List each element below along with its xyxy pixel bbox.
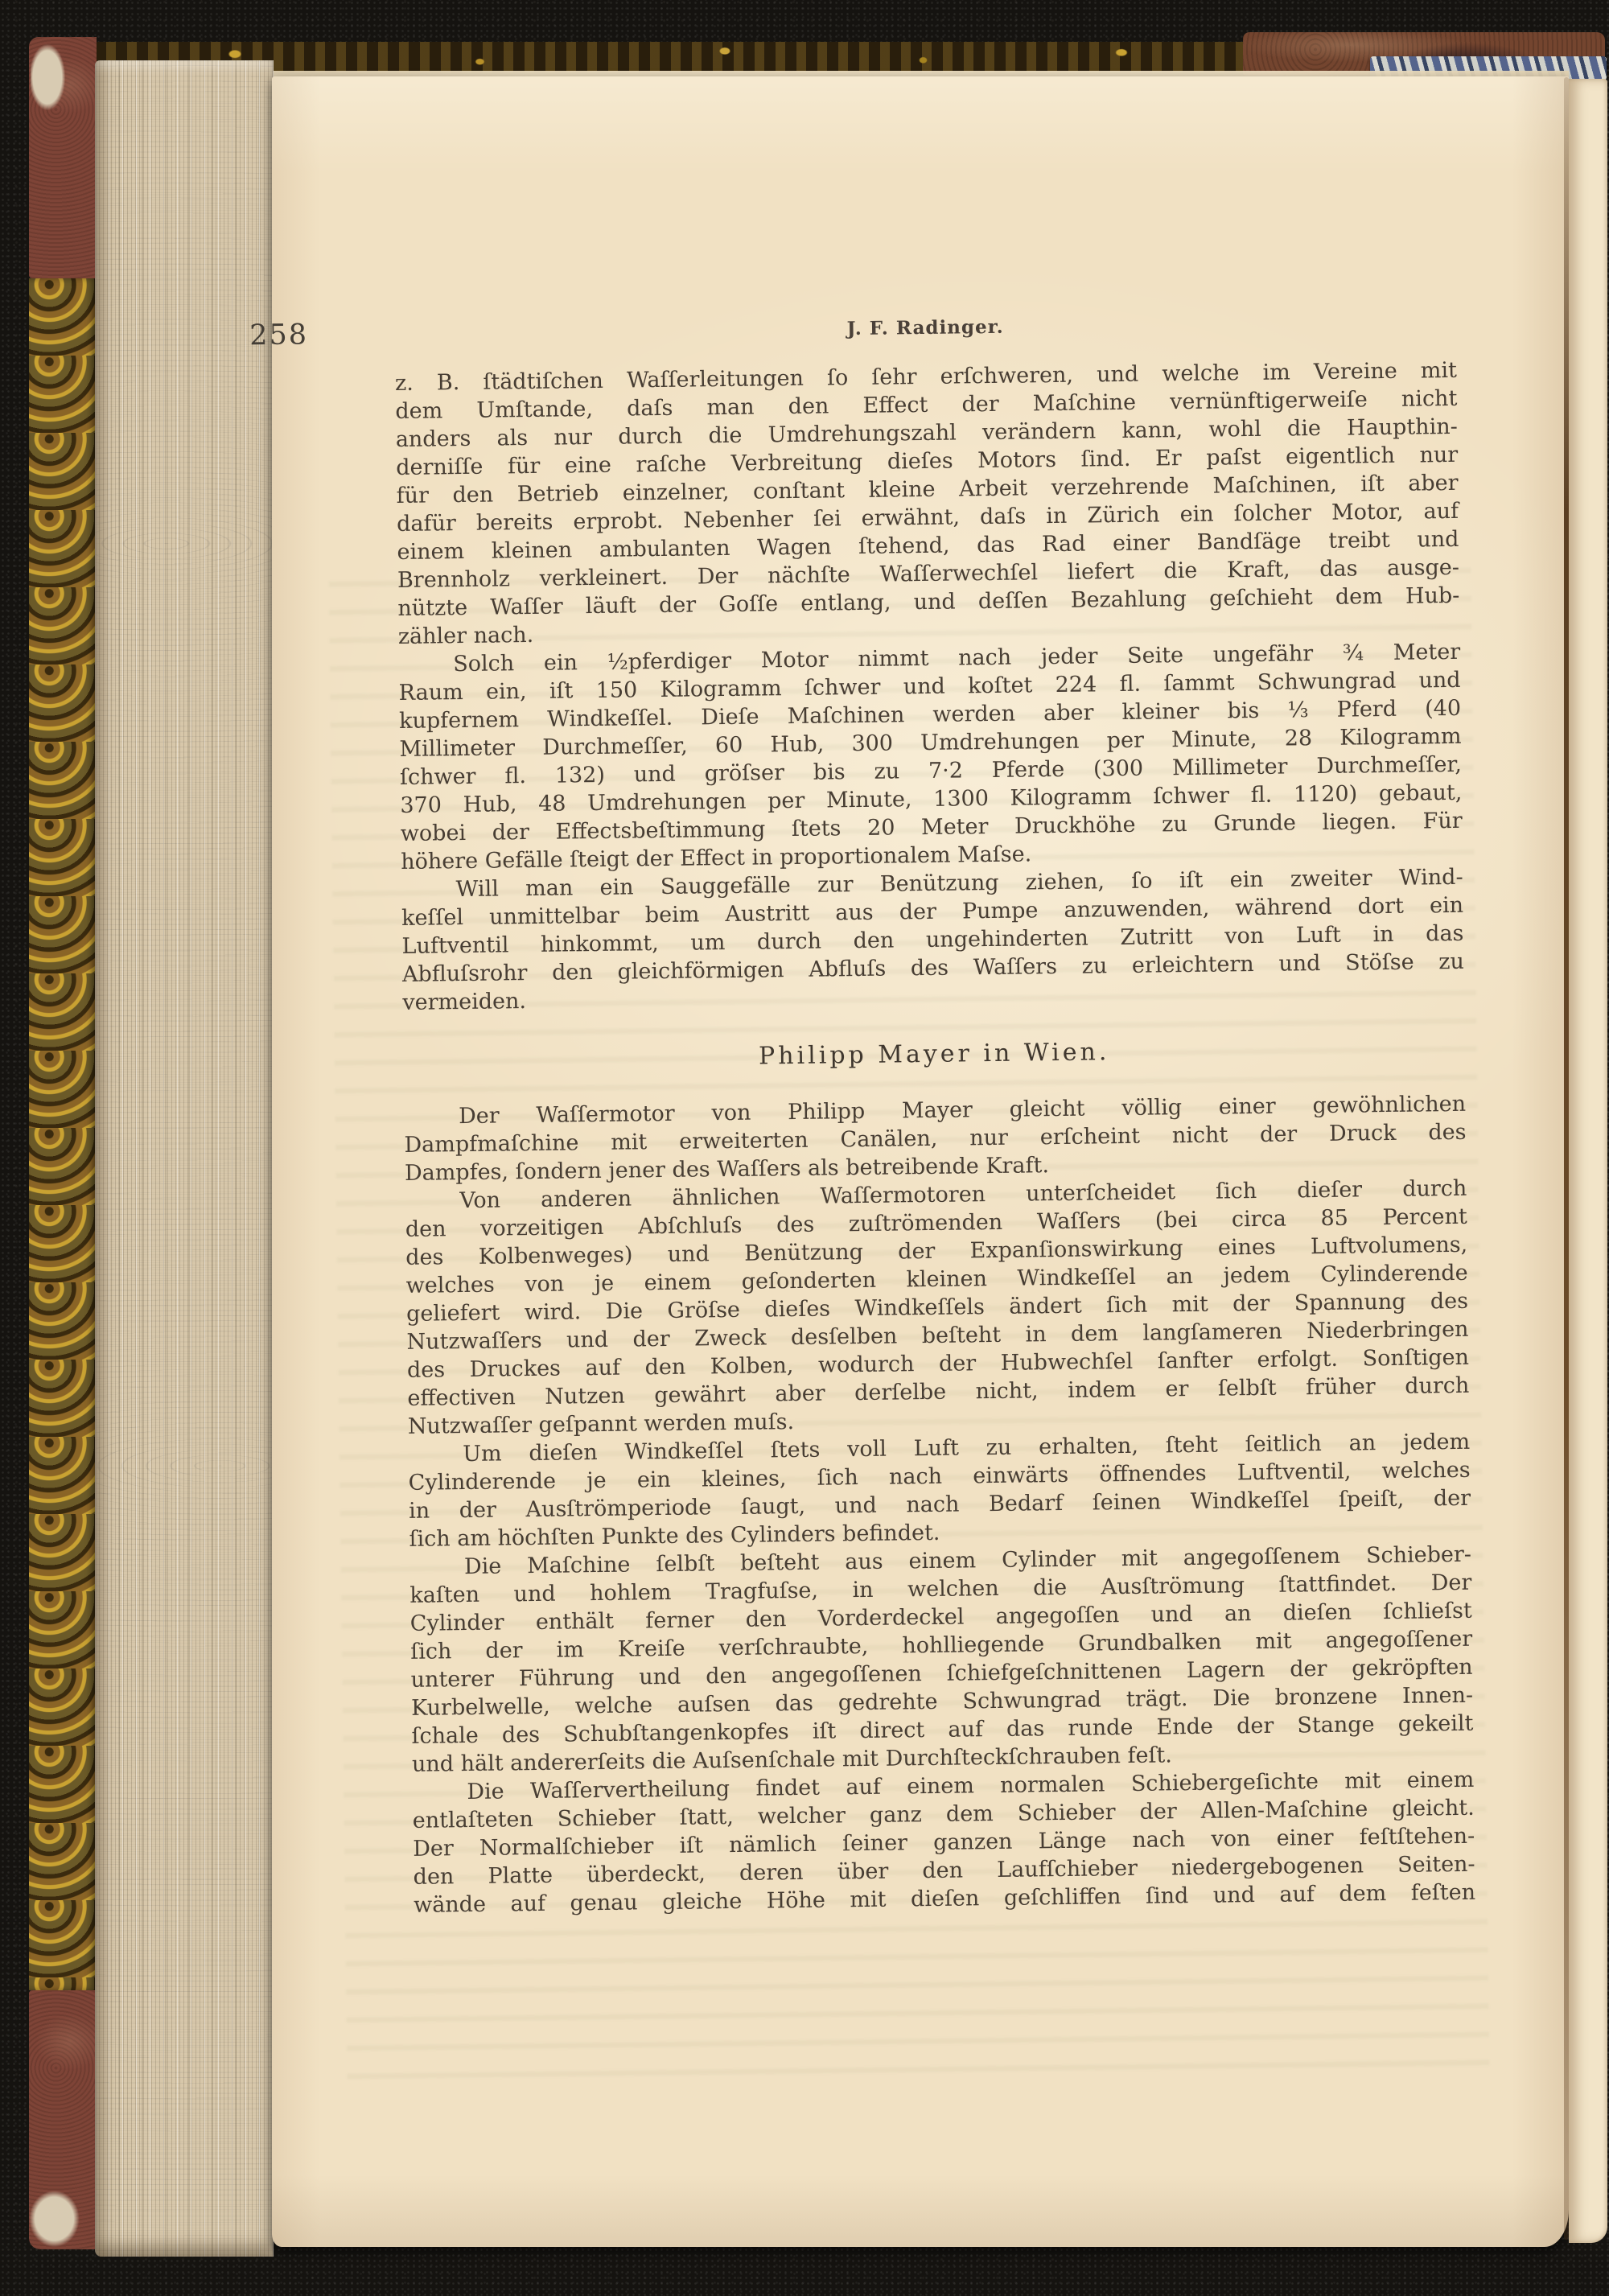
page-number: 258 (249, 319, 308, 352)
body-text: z. B. ſtädtiſchen Waſſerleitungen ſo ſeh… (395, 356, 1475, 1920)
adjacent-page-sliver (1569, 79, 1607, 2243)
paragraph: Solch ein ½pferdiger Motor nimmt nach je… (398, 638, 1463, 876)
paragraph: Von anderen ähnlichen Waſſermotoren unte… (405, 1175, 1470, 1441)
cover-leather-corner-top (29, 37, 97, 278)
paragraph: z. B. ſtädtiſchen Waſſerleitungen ſo ſeh… (395, 356, 1460, 651)
section-heading: Philipp Mayer in Wien. (403, 1031, 1465, 1079)
paragraph: Um dieſen Windkeſſel ſtets voll Luft zu … (408, 1428, 1471, 1553)
page-fore-edge-stack (95, 60, 274, 2257)
paragraph: Will man ein Sauggefälle zur Benützung z… (401, 863, 1464, 1017)
cover-leather-corner-bottom (29, 1990, 97, 2249)
marbled-cover-edge (29, 278, 97, 1990)
scanned-book-photo: 258 J. F. Radinger. z. B. ſtädtiſchen Wa… (0, 0, 1609, 2296)
paragraph: Die Waſſervertheilung findet auf einem n… (412, 1766, 1475, 1920)
printed-text-layer: 258 J. F. Radinger. z. B. ſtädtiſchen Wa… (249, 305, 1475, 1921)
running-header: J. F. Radinger. (847, 316, 1004, 339)
paragraph: Die Maſchine ſelbſt beſteht aus einem Cy… (409, 1541, 1474, 1779)
paragraph: Der Waſſermotor von Philipp Mayer gleich… (404, 1090, 1467, 1187)
